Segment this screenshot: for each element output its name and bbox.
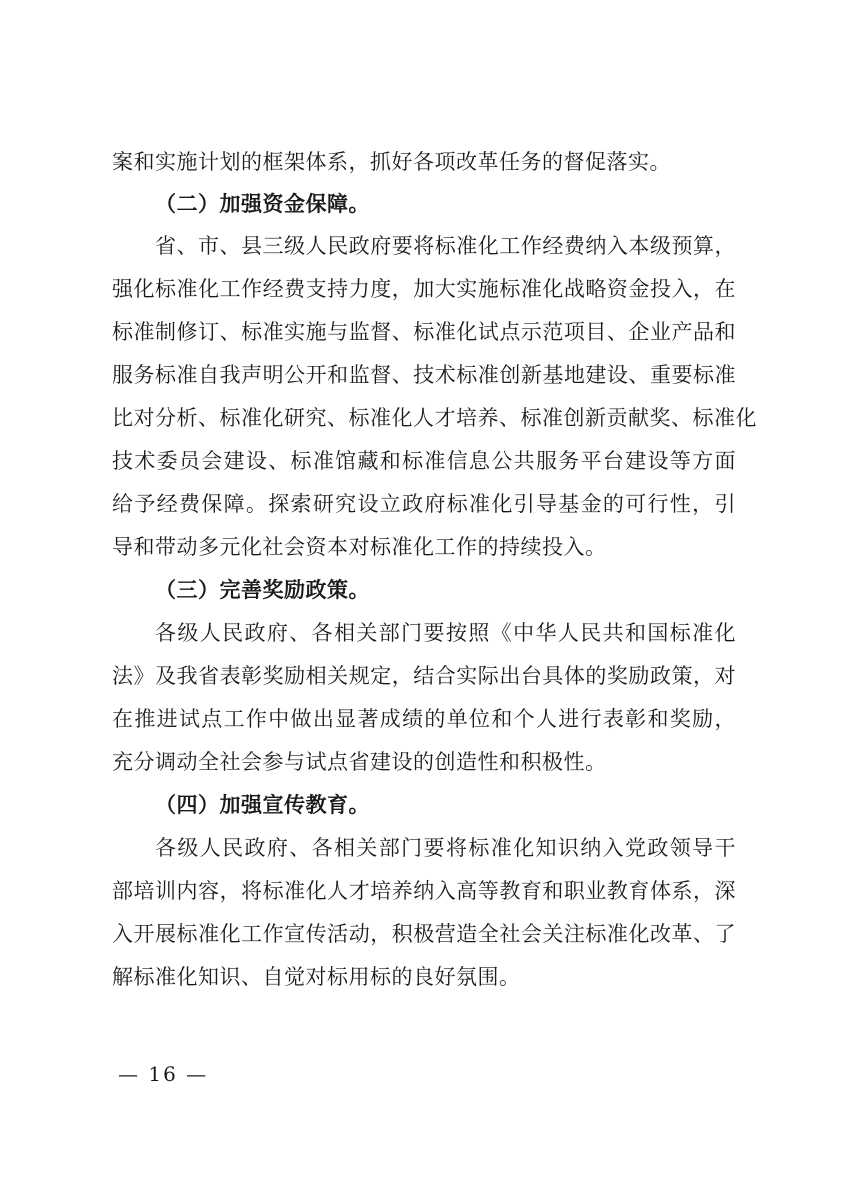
text-line: 强化标准化工作经费支持力度，加大实施标准化战略资金投入，在 [112,274,736,304]
text-line: 服务标准自我声明公开和监督、技术标准创新基地建设、重要标准 [112,360,736,390]
text-line: 部培训内容，将标准化人才培养纳入高等教育和职业教育体系，深 [112,876,736,906]
text-line: 法》及我省表彰奖励相关规定，结合实际出台具体的奖励政策，对 [112,661,736,691]
text-line: 解标准化知识、自觉对标用标的良好氛围。 [112,962,736,992]
paragraph-start: 各级人民政府、各相关部门要将标准化知识纳入党政领导干 [155,833,736,863]
text-line: 技术委员会建设、标准馆藏和标准信息公共服务平台建设等方面 [112,446,736,476]
text-line: 标准制修订、标准实施与监督、标准化试点示范项目、企业产品和 [112,317,736,347]
text-line-1: 案和实施计划的框架体系，抓好各项改革任务的督促落实。 [112,147,736,177]
section-heading-2: （二）加强资金保障。 [155,189,370,219]
text-line: 导和带动多元化社会资本对标准化工作的持续投入。 [112,532,736,562]
text-line: 给予经费保障。探索研究设立政府标准化引导基金的可行性，引 [112,489,736,519]
text-line: 在推进试点工作中做出显著成绩的单位和个人进行表彰和奖励， [112,704,736,734]
text-line: 比对分析、标准化研究、标准化人才培养、标准创新贡献奖、标准化 [112,403,736,433]
section-heading-4: （四）加强宣传教育。 [155,790,370,820]
document-page: 案和实施计划的框架体系，抓好各项改革任务的督促落实。 （二）加强资金保障。 省、… [0,0,844,1200]
section-heading-3: （三）完善奖励政策。 [155,575,370,605]
paragraph-start: 省、市、县三级人民政府要将标准化工作经费纳入本级预算， [155,231,736,261]
text-line: 入开展标准化工作宣传活动，积极营造全社会关注标准化改革、了 [112,919,736,949]
page-number: — 16 — [118,1060,208,1088]
text-line: 充分调动全社会参与试点省建设的创造性和积极性。 [112,747,736,777]
paragraph-start: 各级人民政府、各相关部门要按照《中华人民共和国标准化 [155,618,736,648]
